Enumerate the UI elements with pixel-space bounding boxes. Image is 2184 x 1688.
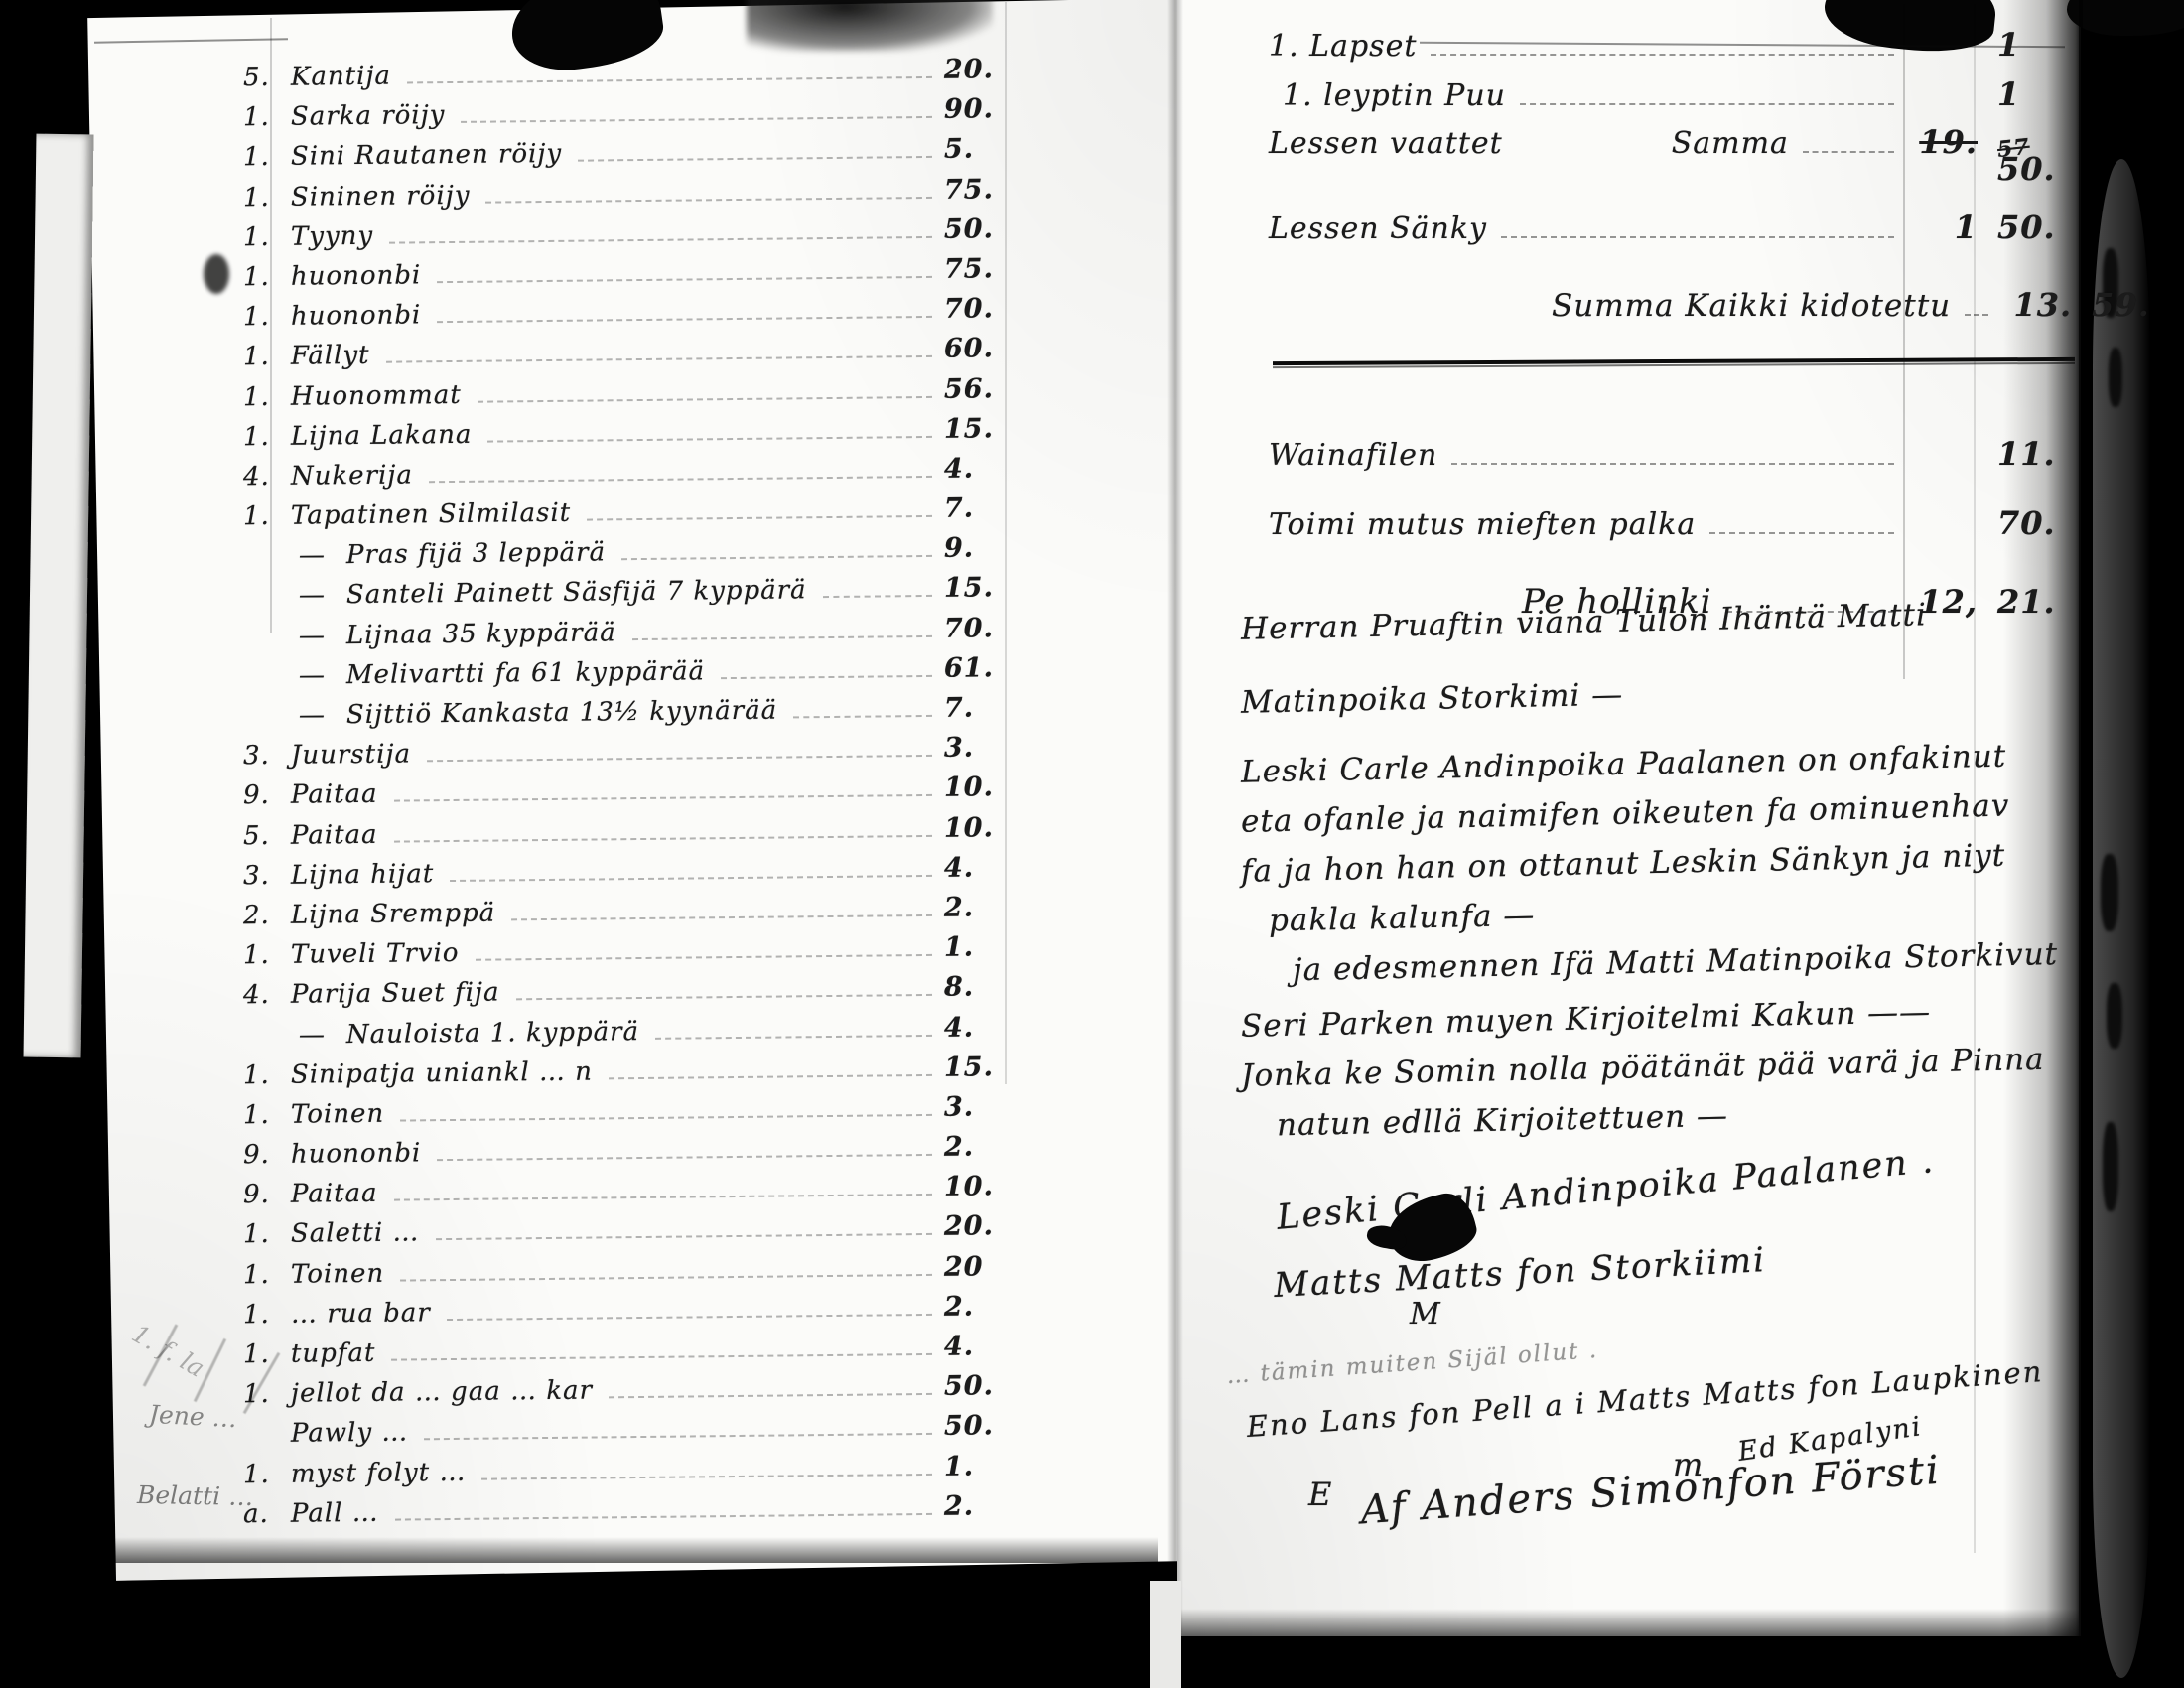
ledger-entry-row: 1. leyptin Puu1 xyxy=(1269,75,2075,115)
ledger-entry-row: 1. Lapset1 xyxy=(1269,26,2075,66)
paragraph-line: Matinpoika Storkimi — xyxy=(1241,660,2072,727)
edge-ink-mark xyxy=(2109,348,2122,407)
ink-spot xyxy=(204,254,229,294)
ledger-entry-row: Wainafilen11. xyxy=(1269,435,2075,475)
record-text-paragraphs: Herran Pruaftin viana Tulon Ihäntä Matti… xyxy=(1241,596,2071,1142)
edge-ink-mark xyxy=(2107,983,2122,1049)
book-gutter-shadow xyxy=(1167,0,1183,1632)
signature-mark-m: M xyxy=(1410,1297,1442,1332)
inventory-list: 5.Kantija20.1.Sarka röijy90.1.Sini Rauta… xyxy=(243,58,1039,1534)
scanned-book-spread: 5.Kantija20.1.Sarka röijy90.1.Sini Rauta… xyxy=(0,0,2184,1688)
ledger-entry-row: Lessen vaattetSamma19.5750. xyxy=(1269,123,2075,183)
inventory-item-row: a.Pall …2. xyxy=(243,1490,1039,1539)
left-edge-page-sliver xyxy=(24,134,94,1058)
bottom-gutter-sliver xyxy=(1150,1581,1181,1688)
ink-smear xyxy=(747,0,993,52)
ink-blot xyxy=(2067,0,2184,36)
ledger-entry-row: Lessen Sänky150. xyxy=(1269,209,2075,248)
stray-letter-e: E xyxy=(1308,1476,1333,1513)
left-page-bottom-shadow xyxy=(87,1537,1158,1563)
margin-note: Jene … xyxy=(148,1400,237,1434)
ledger-entry-row: Summa Kaikki kidotettu13.59. xyxy=(1269,286,2075,326)
right-page-fold-line xyxy=(2079,0,2083,1636)
edge-ink-mark xyxy=(2103,1122,2118,1211)
paragraph-line: Herran Pruaftin viana Tulon Ihäntä Matti xyxy=(1241,587,2072,653)
margin-note: Belatti … xyxy=(137,1480,254,1511)
right-page-bottom-shadow xyxy=(1177,1609,2079,1636)
ledger-entry-row: Toimi mutus mieften palka70. xyxy=(1269,504,2075,544)
ledger-entries: 1. Lapset11. leyptin Puu1Lessen vaattetS… xyxy=(1269,0,2075,655)
edge-ink-mark xyxy=(2101,854,2118,931)
